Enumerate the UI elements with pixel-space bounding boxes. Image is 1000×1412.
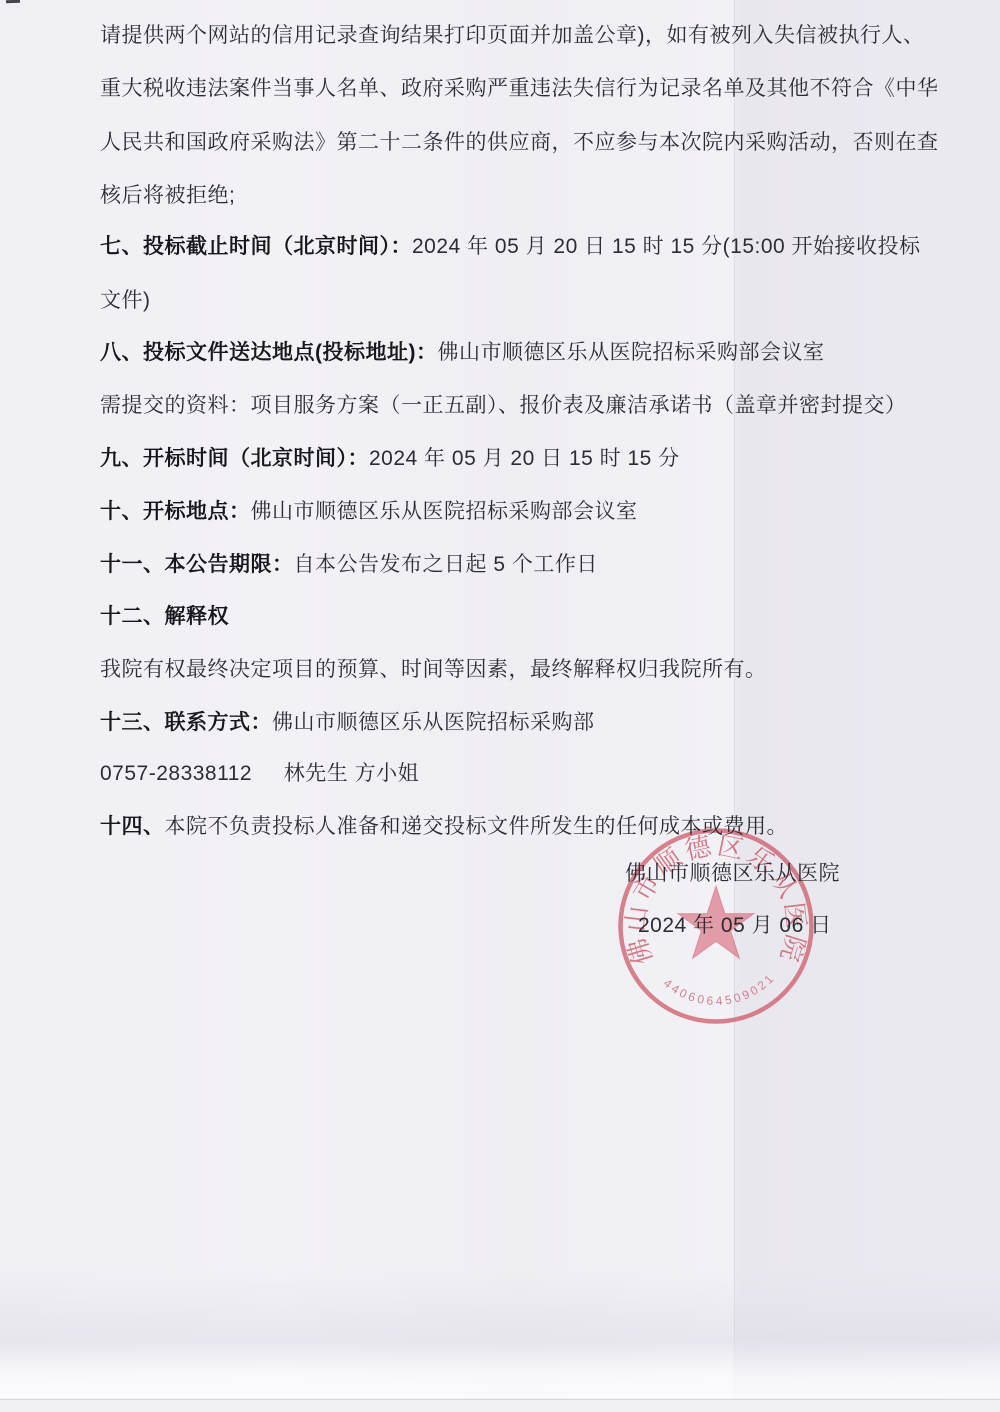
section-12-heading: 十二、解释权: [100, 605, 229, 628]
section-10-opening-place: 十、开标地点：佛山市顺德区乐从医院招标采购部会议室: [100, 498, 638, 526]
section-13-heading: 十三、联系方式：: [100, 711, 272, 734]
scan-page-edge: [0, 1399, 1000, 1412]
scan-corner-artifact: [6, 0, 20, 3]
section-13-phone-line: 0757-28338112 林先生 方小姐: [100, 760, 419, 788]
intro-line-4: 核后将被拒绝;: [100, 182, 235, 210]
section-10-heading: 十、开标地点：: [100, 500, 251, 523]
signature-date: 2024 年 05 月 06 日: [638, 912, 832, 940]
section-11-heading: 十一、本公告期限：: [100, 553, 294, 576]
section-7-value: 2024 年 05 月 20 日 15 时 15 分(15:00 开始接收投标: [412, 235, 921, 258]
section-7-continuation: 文件): [100, 287, 151, 315]
intro-line-2: 重大税收违法案件当事人名单、政府采购严重违法失信行为记录名单及其他不符合《中华: [100, 75, 939, 103]
section-11-value: 自本公告发布之日起 5 个工作日: [294, 553, 598, 576]
scan-fold-line: [734, 0, 735, 1398]
section-14-costs: 十四、本院不负责投标人准备和递交投标文件所发生的任何成本或费用。: [100, 813, 788, 841]
section-12-body: 我院有权最终决定项目的预算、时间等因素，最终解释权归我院所有。: [100, 656, 767, 684]
section-11-notice-period: 十一、本公告期限：自本公告发布之日起 5 个工作日: [100, 551, 598, 579]
section-7-heading: 七、投标截止时间（北京时间）：: [100, 235, 412, 258]
section-8-delivery-address: 八、投标文件送达地点(投标地址)：佛山市顺德区乐从医院招标采购部会议室: [100, 339, 825, 367]
seal-serial-number: 4406064509021: [661, 970, 778, 1008]
scan-bottom-shade: [0, 1270, 1000, 1398]
intro-line-3: 人民共和国政府采购法》第二十二条件的供应商，不应参与本次院内采购活动，否则在查: [100, 129, 939, 157]
scanned-document-page: 佛山市顺德区乐从医院 4406064509021 请提供两个网站的信用记录查询结…: [0, 0, 1000, 1412]
section-10-value: 佛山市顺德区乐从医院招标采购部会议室: [251, 500, 638, 523]
section-9-value: 2024 年 05 月 20 日 15 时 15 分: [369, 447, 680, 470]
intro-line-1: 请提供两个网站的信用记录查询结果打印页面并加盖公章)，如有被列入失信被执行人、: [100, 22, 925, 50]
section-9-opening-time: 九、开标时间（北京时间）：2024 年 05 月 20 日 15 时 15 分: [100, 445, 680, 473]
section-12-interpretation: 十二、解释权: [100, 603, 229, 631]
section-14-heading: 十四、: [100, 815, 165, 838]
section-14-value: 本院不负责投标人准备和递交投标文件所发生的任何成本或费用。: [165, 815, 789, 838]
section-13-value: 佛山市顺德区乐从医院招标采购部: [272, 711, 595, 734]
section-8-materials-note: 需提交的资料：项目服务方案（一正五副）、报价表及廉洁承诺书（盖章并密封提交）: [100, 392, 907, 420]
section-9-heading: 九、开标时间（北京时间）：: [100, 447, 369, 470]
section-8-value: 佛山市顺德区乐从医院招标采购部会议室: [438, 341, 825, 364]
signature-organization: 佛山市顺德区乐从医院: [625, 860, 840, 888]
scan-right-shade: [735, 0, 1000, 1398]
section-8-heading: 八、投标文件送达地点(投标地址)：: [100, 341, 438, 364]
section-13-contact: 十三、联系方式：佛山市顺德区乐从医院招标采购部: [100, 709, 595, 737]
section-7-deadline: 七、投标截止时间（北京时间）：2024 年 05 月 20 日 15 时 15 …: [100, 233, 921, 261]
